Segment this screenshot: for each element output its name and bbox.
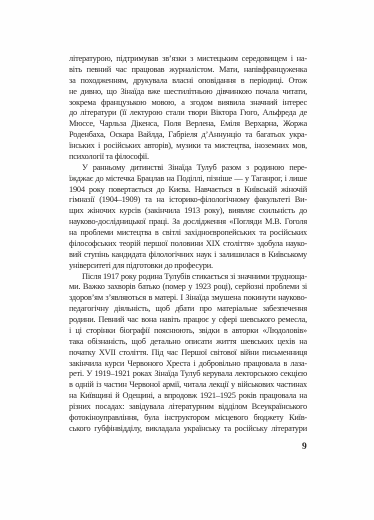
text-line: зокрема французькою мовою, а згодом вияв… xyxy=(69,98,307,109)
text-line: психології та філософії. xyxy=(69,152,307,163)
paragraph: літературою, підтримував зв’язки з мисте… xyxy=(69,54,307,163)
text-line: здоров’ям з’являються в матері. І Зінаїд… xyxy=(69,293,307,304)
text-line: різних посадах: завідувала літературним … xyxy=(69,402,307,413)
text-line: науково-дослідницької праці. За дослідже… xyxy=(69,217,307,228)
text-block: літературою, підтримував зв’язки з мисте… xyxy=(69,54,307,435)
text-line: гімназії (1904–1909) та на історико-філо… xyxy=(69,195,307,206)
text-line: і ці сторінки біографії пояснюють, звідк… xyxy=(69,326,307,337)
text-line: на Київщині й Одещині, а впродовж 1921–1… xyxy=(69,391,307,402)
text-line: до літератури (її лектурою стали твори В… xyxy=(69,108,307,119)
text-line: літературою, підтримував зв’язки з мисте… xyxy=(69,54,307,65)
text-line: їнських і російських авторів), музики та… xyxy=(69,141,307,152)
text-line: Мюссе, Чарльза Дікенса, Поля Верлена, Ем… xyxy=(69,119,307,130)
paragraph: У ранньому дитинстві Зінаїда Тулуб разом… xyxy=(69,163,307,272)
text-line: така обізнаність, щоб детально описати ж… xyxy=(69,337,307,348)
text-line: педагогічну діяльність, щоб дбати про ма… xyxy=(69,304,307,315)
text-line: не дивно, що Зінаїда вже шестилітньою ді… xyxy=(69,87,307,98)
book-page: літературою, підтримував зв’язки з мисте… xyxy=(0,0,374,520)
text-line: філософських теорій першої половини XIX … xyxy=(69,239,307,250)
text-line: початку XVII століття. Під час Першої св… xyxy=(69,348,307,359)
text-line: реті. У 1919–1921 роках Зінаїда Тулуб ке… xyxy=(69,369,307,380)
text-line: Після 1917 року родина Тулубів стикаєтьс… xyxy=(69,272,307,283)
text-line: фотокіноуправління, була інструктором мі… xyxy=(69,413,307,424)
text-line: родини. Певний час вона навіть працює у … xyxy=(69,315,307,326)
text-line: університеті для підготовки до професури… xyxy=(69,261,307,272)
text-line: за походженням, друкувала власні оповіда… xyxy=(69,76,307,87)
text-line: їжджає до містечка Брацлав на Поділлі, п… xyxy=(69,174,307,185)
text-line: щих жіночих курсів (закінчила 1913 року)… xyxy=(69,206,307,217)
text-line: віть певний час працював журналістом. Ма… xyxy=(69,65,307,76)
paragraph: Після 1917 року родина Тулубів стикаєтьс… xyxy=(69,272,307,435)
text-line: вий ступінь кандидата філологічних наук … xyxy=(69,250,307,261)
text-line: закінчила курси Червоного Хреста і добро… xyxy=(69,359,307,370)
text-line: 1904 року повертається до Києва. Навчаєт… xyxy=(69,185,307,196)
text-line: ми. Важко захворів батько (помер у 1923 … xyxy=(69,282,307,293)
text-line: Роденбаха, Оскара Вайлда, Габріеля д’Анн… xyxy=(69,130,307,141)
text-line: У ранньому дитинстві Зінаїда Тулуб разом… xyxy=(69,163,307,174)
text-line: на проблеми мистецтва в світлі західноєв… xyxy=(69,228,307,239)
text-line: в одній із частин Червоної армії, читала… xyxy=(69,380,307,391)
text-line: ського губфінвідділу, викладала українсь… xyxy=(69,424,307,435)
page-number: 9 xyxy=(69,442,307,452)
